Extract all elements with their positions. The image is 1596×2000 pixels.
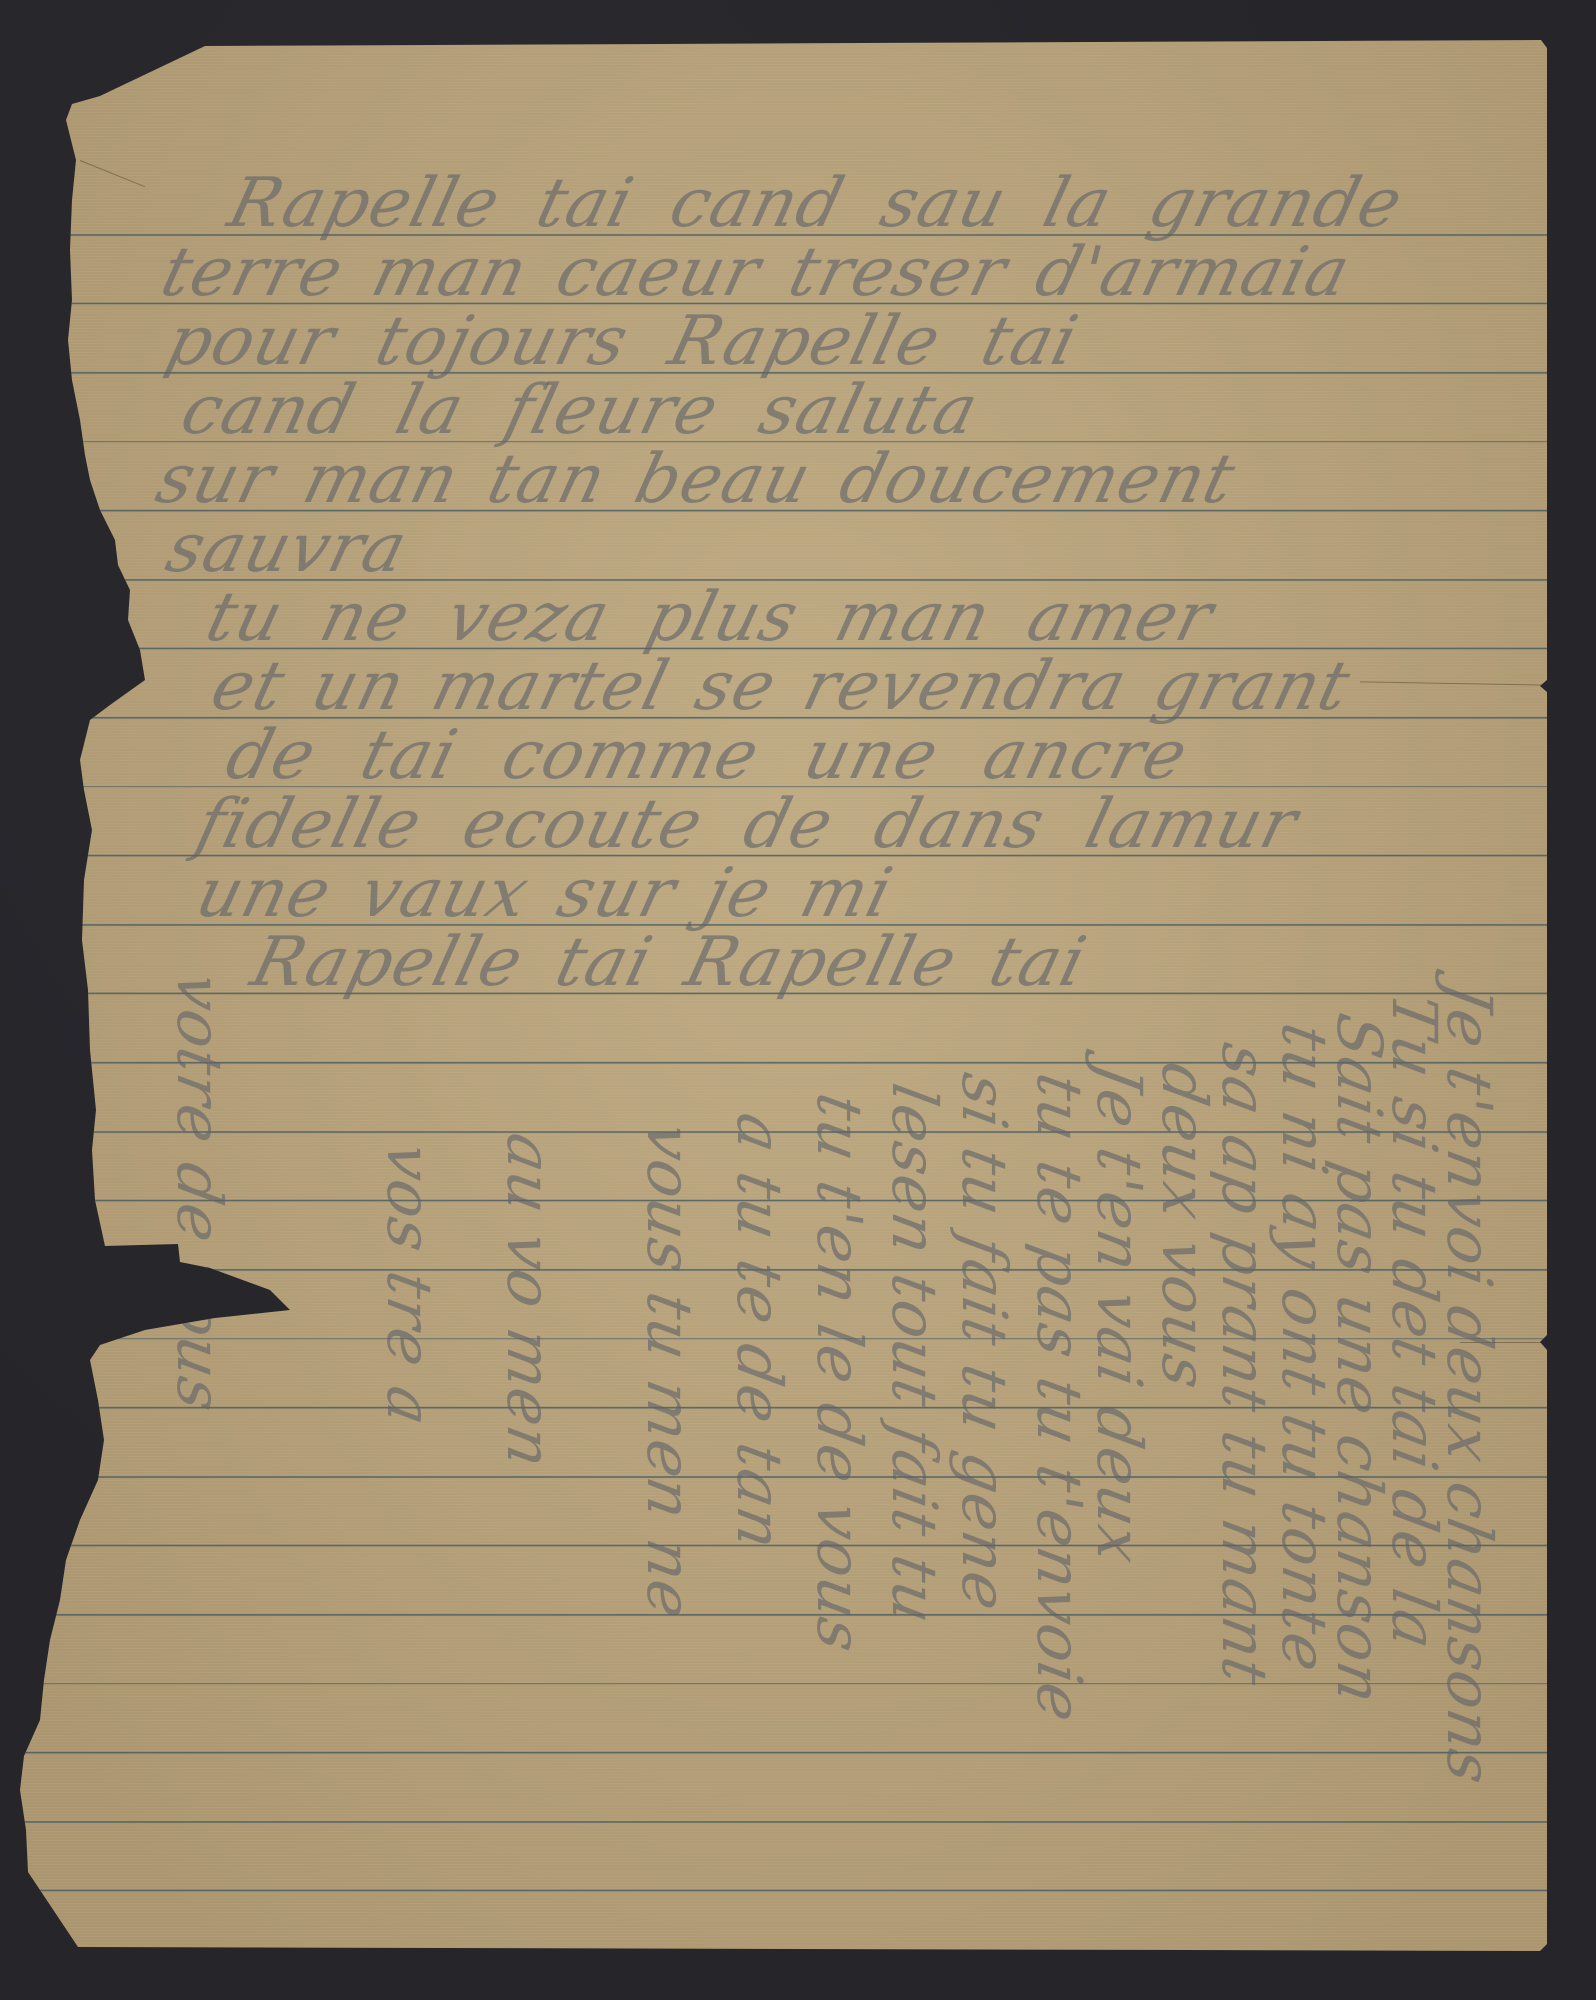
handwritten-line: tu ne veza plus man amer [200, 584, 1220, 652]
handwritten-vertical-column: tu ni ay ont tu tonte [1273, 1019, 1335, 1677]
handwritten-line: et un martel se revendra grant [205, 653, 1357, 721]
handwritten-vertical-column: sa ap prant tu mant [1213, 1039, 1275, 1690]
handwritten-line: cand la fleure saluta [175, 377, 985, 445]
handwritten-vertical-column: Je t'en vai deux [1088, 1059, 1150, 1568]
handwritten-vertical-column: tu te pas tu t'envoie [1028, 1069, 1090, 1727]
handwritten-vertical-column: votre de vous [168, 969, 230, 1416]
handwritten-line: sur man tan beau doucement [150, 446, 1242, 514]
handwritten-vertical-column: tu t'en le de vous [808, 1089, 870, 1657]
handwritten-vertical-column: vous tu men ne [638, 1119, 700, 1624]
handwritten-vertical-column: vos tre a [378, 1139, 440, 1431]
handwritten-vertical-column: a tu te de tan [728, 1109, 790, 1554]
handwritten-line: Rapelle tai Rapelle tai [245, 929, 1093, 997]
handwritten-vertical-column: lesen tout fait tu [883, 1079, 945, 1629]
handwritten-line: fidelle ecoute de dans lamur [190, 791, 1304, 859]
handwritten-line: pour tojours Rapelle tai [160, 308, 1084, 376]
handwritten-vertical-column: si tu fait tu gene [953, 1069, 1015, 1616]
handwritten-line: une vaux sur je mi [190, 860, 899, 928]
lined-paper-sheet: Rapelle tai cand sau la grande terre man… [0, 0, 1596, 2000]
handwritten-line: de tai comme une ancre [220, 722, 1194, 790]
handwritten-line: Rapelle tai cand sau la grande [222, 170, 1409, 238]
handwritten-line: sauvra [160, 515, 414, 583]
handwritten-line: terre man caeur treser d'armaia [155, 239, 1357, 307]
handwritten-vertical-column: deux vous [1153, 1059, 1215, 1394]
handwritten-vertical-column: au vo men [498, 1129, 560, 1473]
